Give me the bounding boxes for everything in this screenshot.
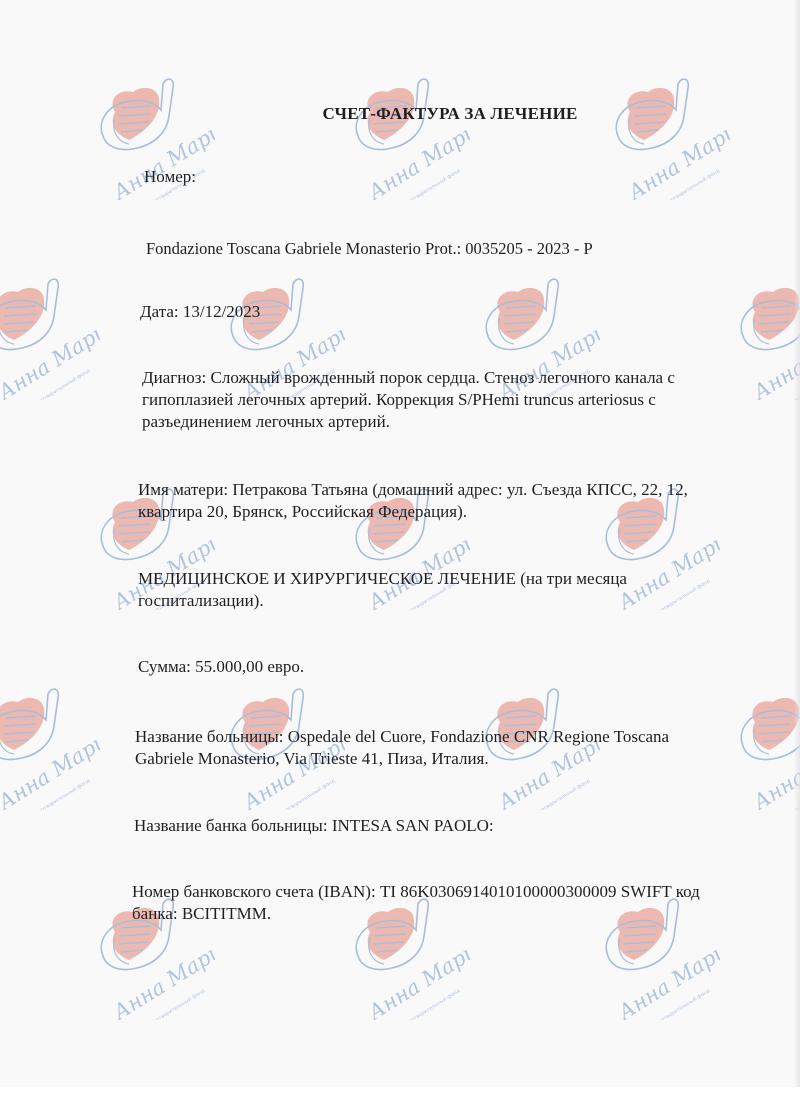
treatment-line: МЕДИЦИНСКОЕ И ХИРУРГИЧЕСКОЕ ЛЕЧЕНИЕ (на … — [138, 568, 627, 590]
hospital-line: Gabriele Monasterio, Via Trieste 41, Пиз… — [135, 748, 669, 770]
hospital-block: Название больницы: Ospedale del Cuore, F… — [135, 726, 669, 770]
invoice-number-label: Номер: — [144, 166, 196, 188]
diagnosis-block: Диагноз: Сложный врожденный порок сердца… — [142, 367, 675, 433]
bank-account-block: Номер банковского счета (IBAN): TI 86K03… — [132, 881, 700, 925]
document-body: СЧЕТ-ФАКТУРА ЗА ЛЕЧЕНИЕ Номер: Fondazion… — [0, 0, 800, 1087]
treatment-line: госпитализации). — [138, 590, 627, 612]
mother-line: Имя матери: Петракова Татьяна (домашний … — [138, 479, 688, 501]
diagnosis-line: разъединением легочных артерий. — [142, 411, 675, 433]
bank-name: Название банка больницы: INTESA SAN PAOL… — [134, 815, 494, 837]
mother-line: квартира 20, Брянск, Российская Федераци… — [138, 501, 688, 523]
invoice-date: Дата: 13/12/2023 — [140, 301, 260, 323]
diagnosis-line: Диагноз: Сложный врожденный порок сердца… — [142, 367, 675, 389]
hospital-line: Название больницы: Ospedale del Cuore, F… — [135, 726, 669, 748]
mother-block: Имя матери: Петракова Татьяна (домашний … — [138, 479, 688, 523]
bank-account-line: банка: BCITITMM. — [132, 903, 700, 925]
invoice-page: Анна Марияблаготворительный фондАнна Мар… — [0, 0, 800, 1087]
diagnosis-line: гипоплазией легочных артерий. Коррекция … — [142, 389, 675, 411]
protocol-number: Fondazione Toscana Gabriele Monasterio P… — [146, 238, 593, 260]
amount: Сумма: 55.000,00 евро. — [138, 656, 304, 678]
treatment-block: МЕДИЦИНСКОЕ И ХИРУРГИЧЕСКОЕ ЛЕЧЕНИЕ (на … — [138, 568, 627, 612]
document-title: СЧЕТ-ФАКТУРА ЗА ЛЕЧЕНИЕ — [0, 104, 800, 124]
bank-account-line: Номер банковского счета (IBAN): TI 86K03… — [132, 881, 700, 903]
